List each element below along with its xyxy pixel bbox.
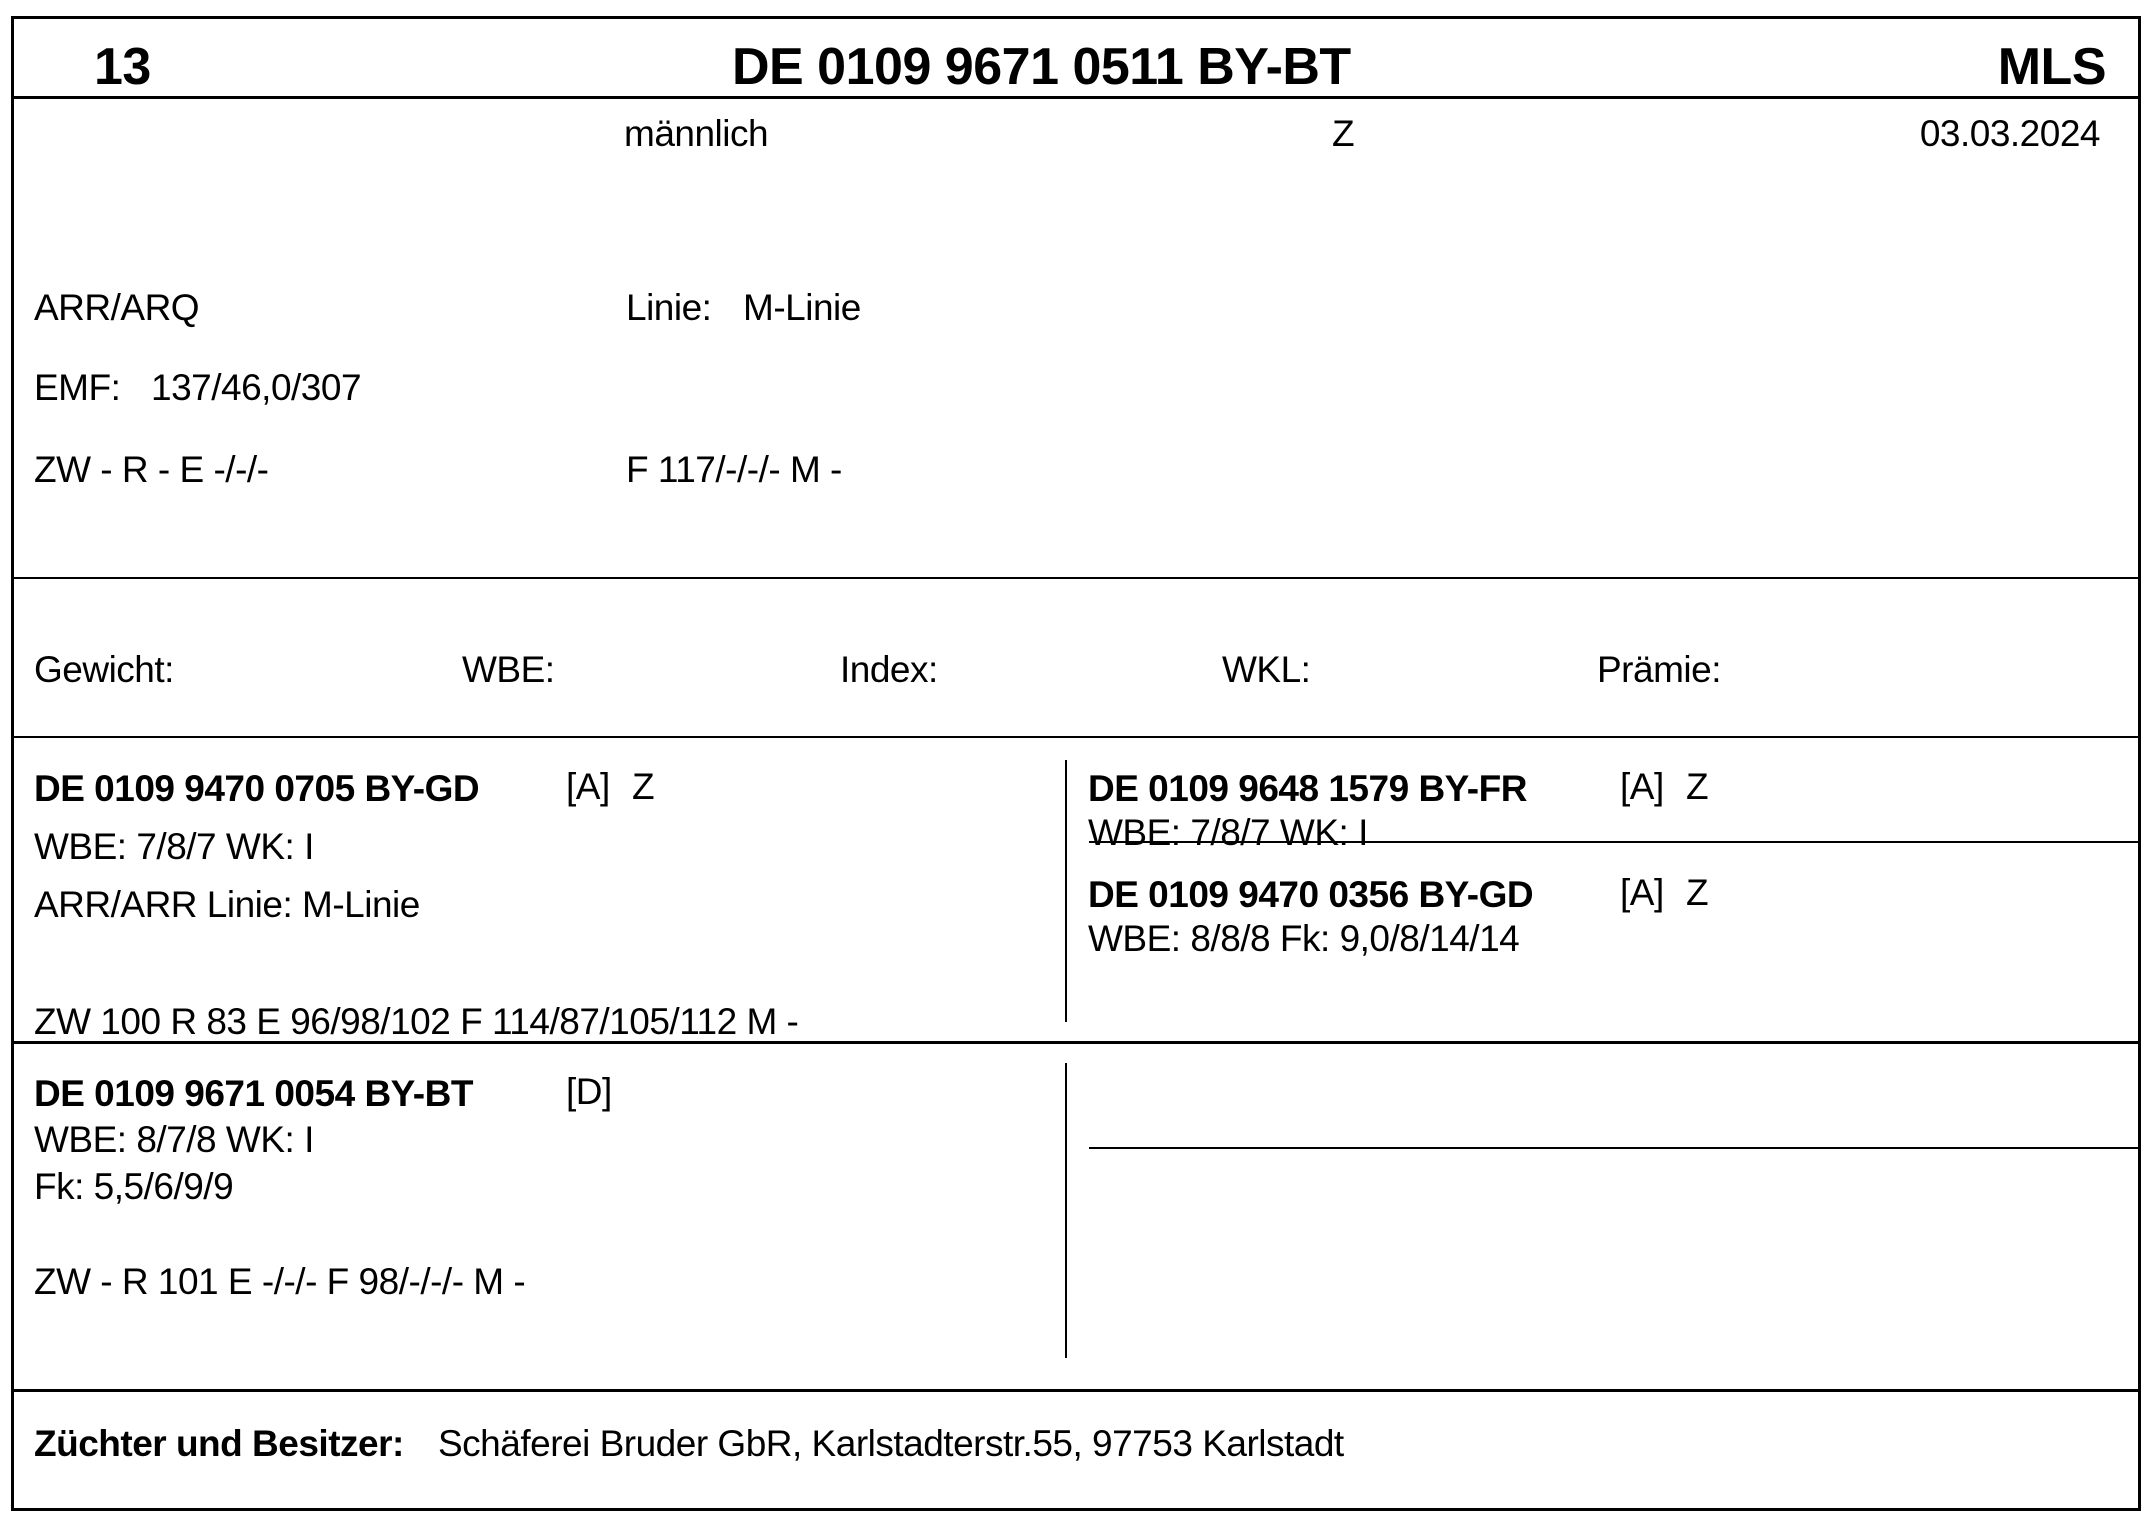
owner-label: Züchter und Besitzer: [34,1425,404,1462]
catalog-number: 13 [94,41,151,93]
sire-herdbook: [A] [566,768,610,805]
section-divider-1 [14,577,2138,579]
dam-wbe: WBE: 8/7/8 WK: I [34,1121,314,1158]
dam-column-divider [1065,1063,1067,1358]
dam-breeding-values: ZW - R 101 E -/-/- F 98/-/-/- M - [34,1263,525,1300]
emf-label: EMF: [34,369,120,406]
wbe-label: WBE: [462,651,555,688]
animal-id: DE 0109 9671 0511 BY-BT [732,41,1351,93]
breeding-values-left: ZW - R - E -/-/- [34,451,269,488]
premium-label: Prämie: [1597,651,1721,688]
sire-id: DE 0109 9470 0705 BY-GD [34,770,479,807]
sire-dam-herdbook: [A] [1620,874,1664,911]
dam-grandparents-divider [1089,1147,2138,1149]
section-divider-4 [14,1389,2138,1392]
owner-value: Schäferei Bruder GbR, Karlstadterstr.55,… [438,1425,1344,1462]
section-divider-3 [14,1041,2138,1044]
sire-grandparents-divider [1089,841,2138,843]
sire-sire-id: DE 0109 9648 1579 BY-FR [1088,770,1527,807]
line-value: M-Linie [743,289,861,326]
dam-fk: Fk: 5,5/6/9/9 [34,1168,233,1205]
sire-wbe: WBE: 7/8/7 WK: I [34,828,314,865]
sire-line: ARR/ARR Linie: M-Linie [34,886,420,923]
breeding-values-right: F 117/-/-/- M - [626,451,842,488]
section-divider-2 [14,736,2138,738]
sire-code: Z [632,768,654,805]
dam-herdbook: [D] [566,1073,612,1110]
breed-code: MLS [1998,41,2106,93]
birth-date: 03.03.2024 [1920,115,2100,152]
animal-code: Z [1332,115,1354,152]
sire-sire-wbe: WBE: 7/8/7 WK: I [1088,814,1368,851]
index-label: Index: [840,651,938,688]
sire-dam-id: DE 0109 9470 0356 BY-GD [1088,876,1533,913]
pedigree-card: 13 DE 0109 9671 0511 BY-BT MLS männlich … [11,16,2141,1511]
header-divider [14,96,2138,99]
sire-breeding-values: ZW 100 R 83 E 96/98/102 F 114/87/105/112… [34,1003,798,1040]
line-label: Linie: [626,289,711,326]
emf-value: 137/46,0/307 [151,369,361,406]
wkl-label: WKL: [1222,651,1310,688]
genotype: ARR/ARQ [34,289,199,326]
sire-sire-herdbook: [A] [1620,768,1664,805]
dam-id: DE 0109 9671 0054 BY-BT [34,1075,473,1112]
sire-dam-wbe: WBE: 8/8/8 Fk: 9,0/8/14/14 [1088,920,1519,957]
sire-sire-code: Z [1686,768,1708,805]
sex: männlich [624,115,768,152]
weight-label: Gewicht: [34,651,174,688]
sire-column-divider [1065,760,1067,1022]
sire-dam-code: Z [1686,874,1708,911]
